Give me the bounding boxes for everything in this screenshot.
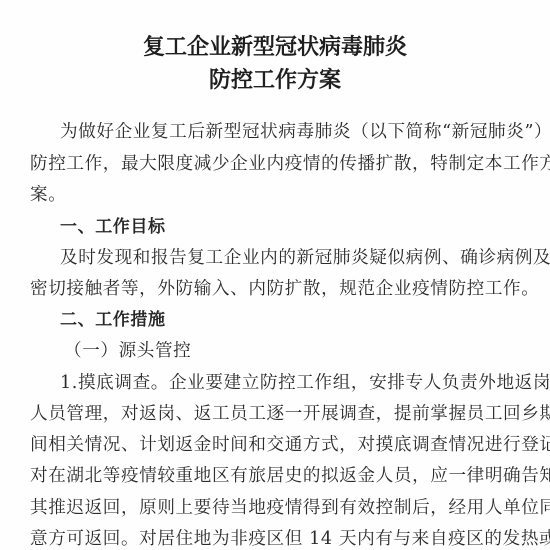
document-title-line-1: 复工企业新型冠状病毒肺炎 <box>0 30 550 61</box>
goals-paragraph-line-1: 及时发现和报告复工企业内的新冠肺炎疑似病例、确诊病例及 <box>60 247 520 269</box>
document-title-line-2: 防控工作方案 <box>0 63 550 94</box>
section-heading-goals: 一、工作目标 <box>60 216 520 238</box>
measures-paragraph-line-5: 其推迟返回，原则上要待当地疫情得到有效控制后，经用人单位同 <box>30 497 490 519</box>
intro-paragraph-line-1: 为做好企业复工后新型冠状病毒肺炎（以下简称“新冠肺炎”） <box>60 121 520 143</box>
section-heading-measures: 二、工作措施 <box>60 309 520 331</box>
measures-paragraph-line-6: 意方可返回。对居住地为非疫区但 14 天内有与来自疫区的发热或呼 <box>30 528 490 550</box>
document-page: 复工企业新型冠状病毒肺炎 防控工作方案 为做好企业复工后新型冠状病毒肺炎（以下简… <box>0 0 550 550</box>
intro-paragraph-line-2: 防控工作，最大限度减少企业内疫情的传播扩散，特制定本工作方 <box>30 153 490 175</box>
measures-paragraph-line-1: 1.摸底调查。企业要建立防控工作组，安排专人负责外地返岗 <box>60 372 520 394</box>
measures-paragraph-line-3: 间相关情况、计划返金时间和交通方式，对摸底调查情况进行登记。 <box>30 434 490 456</box>
goals-paragraph-line-2: 密切接触者等，外防输入、内防扩散，规范企业疫情防控工作。 <box>30 278 490 300</box>
intro-paragraph-line-3: 案。 <box>30 184 490 206</box>
subsection-heading-source-control: （一）源头管控 <box>64 340 524 362</box>
measures-paragraph-line-4: 对在湖北等疫情较重地区有旅居史的拟返金人员，应一律明确告知 <box>30 465 490 487</box>
measures-paragraph-line-2: 人员管理，对返岗、返工员工逐一开展调查，提前掌握员工回乡期 <box>30 403 490 425</box>
